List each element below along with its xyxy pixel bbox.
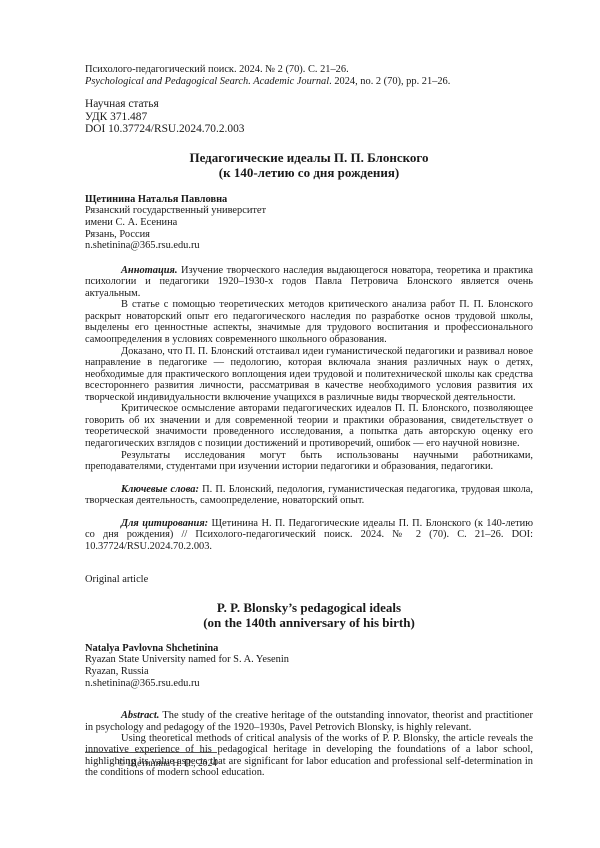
journal-header: Психолого-педагогический поиск. 2024. № … xyxy=(85,64,533,88)
abstract-en-paragraph: Using theoretical methods of critical an… xyxy=(85,733,533,779)
author-email-en[interactable]: n.shetinina@365.rsu.edu.ru xyxy=(85,678,533,690)
article-page: Психолого-педагогический поиск. 2024. № … xyxy=(85,64,533,779)
citation-ru: Для цитирования: Щетинина Н. П. Педагоги… xyxy=(85,518,533,553)
title-ru-line2: (к 140-летию со дня рождения) xyxy=(85,165,533,181)
copyright-footnote: © Щетинина Н. П., 2024 xyxy=(85,759,217,770)
article-type: Научная статья xyxy=(85,98,533,111)
author-affiliation-ru-2: имени С. А. Есенина xyxy=(85,217,533,229)
article-title-en: P. P. Blonsky’s pedagogical ideals (on t… xyxy=(85,600,533,630)
abstract-ru: Аннотация. Изучение творческого наследия… xyxy=(85,265,533,473)
journal-citation-en: Psychological and Pedagogical Search. Ac… xyxy=(85,76,533,88)
journal-issue-en: . 2024, no. 2 (70), pp. 21–26. xyxy=(329,76,450,87)
title-en-line1: P. P. Blonsky’s pedagogical ideals xyxy=(85,600,533,615)
abstract-ru-paragraph: В статье с помощью теоретических методов… xyxy=(85,299,533,345)
title-ru-line1: Педагогические идеалы П. П. Блонского xyxy=(85,150,533,166)
author-affiliation-ru-1: Рязанский государственный университет xyxy=(85,205,533,217)
citation-ru-lead: Для цитирования: xyxy=(121,518,208,529)
author-email-ru[interactable]: n.shetinina@365.rsu.edu.ru xyxy=(85,240,533,252)
doi: DOI 10.37724/RSU.2024.70.2.003 xyxy=(85,123,533,136)
abstract-ru-paragraph: Аннотация. Изучение творческого наследия… xyxy=(85,265,533,300)
abstract-ru-paragraph: Критическое осмысление авторами педагоги… xyxy=(85,403,533,449)
author-block-en: Natalya Pavlovna Shchetinina Ryazan Stat… xyxy=(85,643,533,691)
author-block-ru: Щетинина Наталья Павловна Рязанский госу… xyxy=(85,194,533,252)
abstract-ru-lead: Аннотация. xyxy=(121,265,177,276)
title-en-line2: (on the 140th anniversary of his birth) xyxy=(85,615,533,630)
abstract-ru-paragraph: Доказано, что П. П. Блонский отстаивал и… xyxy=(85,346,533,404)
abstract-en-paragraph: Abstract. The study of the creative heri… xyxy=(85,710,533,733)
journal-citation-ru: Психолого-педагогический поиск. 2024. № … xyxy=(85,64,533,76)
journal-name-en: Psychological and Pedagogical Search. Ac… xyxy=(85,76,329,87)
abstract-en-lead: Abstract. xyxy=(121,710,159,721)
article-title-ru: Педагогические идеалы П. П. Блонского (к… xyxy=(85,150,533,181)
author-affiliation-en: Ryazan State University named for S. A. … xyxy=(85,654,533,666)
keywords-ru: Ключевые слова: П. П. Блонский, педологи… xyxy=(85,484,533,507)
article-meta: Научная статья УДК 371.487 DOI 10.37724/… xyxy=(85,98,533,136)
author-name-ru: Щетинина Наталья Павловна xyxy=(85,194,533,206)
original-article-label: Original article xyxy=(85,574,533,586)
author-location-en: Ryazan, Russia xyxy=(85,666,533,678)
keywords-ru-lead: Ключевые слова: xyxy=(121,484,199,495)
footnote-divider xyxy=(85,752,217,753)
author-name-en: Natalya Pavlovna Shchetinina xyxy=(85,643,533,655)
author-location-ru: Рязань, Россия xyxy=(85,229,533,241)
udc-code: УДК 371.487 xyxy=(85,111,533,124)
abstract-ru-paragraph: Результаты исследования могут быть испол… xyxy=(85,450,533,473)
